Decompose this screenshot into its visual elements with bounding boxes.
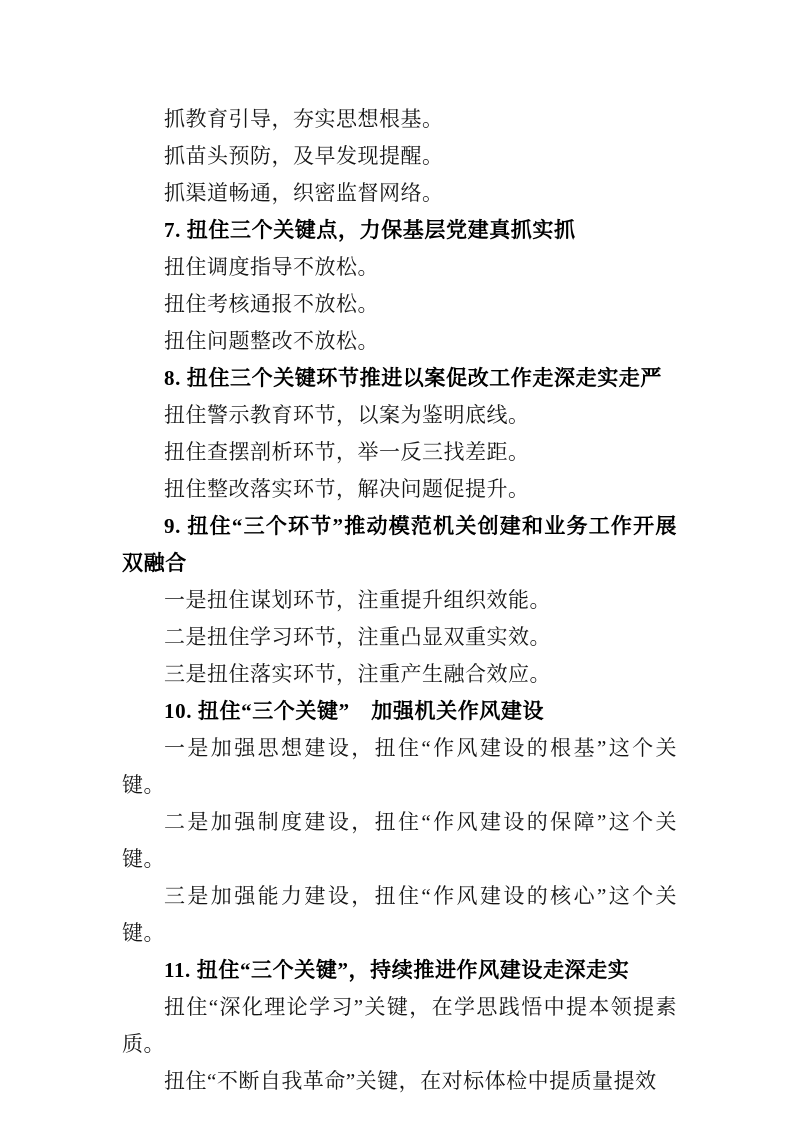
document-page: 抓教育引导，夯实思想根基。抓苗头预防，及早发现提醒。抓渠道畅通，织密监督网络。7… bbox=[0, 0, 793, 1122]
section-heading: 7. 扭住三个关键点，力保基层党建真抓实抓 bbox=[122, 212, 677, 249]
section-heading: 9. 扭住“三个环节”推动模范机关创建和业务工作开展双融合 bbox=[122, 508, 677, 582]
section-heading: 11. 扭住“三个关键”，持续推进作风建设走深走实 bbox=[122, 952, 677, 989]
body-paragraph: 三是加强能力建设，扭住“作风建设的核心”这个关键。 bbox=[122, 878, 677, 952]
section-heading: 10. 扭住“三个关键” 加强机关作风建设 bbox=[122, 693, 677, 730]
body-paragraph: 扭住考核通报不放松。 bbox=[122, 286, 677, 323]
body-paragraph: 一是加强思想建设，扭住“作风建设的根基”这个关键。 bbox=[122, 730, 677, 804]
body-paragraph: 扭住“不断自我革命”关键，在对标体检中提质量提效 bbox=[122, 1063, 677, 1100]
body-paragraph: 扭住“深化理论学习”关键，在学思践悟中提本领提素质。 bbox=[122, 989, 677, 1063]
body-paragraph: 抓渠道畅通，织密监督网络。 bbox=[122, 175, 677, 212]
body-paragraph: 二是加强制度建设，扭住“作风建设的保障”这个关键。 bbox=[122, 804, 677, 878]
body-paragraph: 三是扭住落实环节，注重产生融合效应。 bbox=[122, 656, 677, 693]
body-paragraph: 抓教育引导，夯实思想根基。 bbox=[122, 101, 677, 138]
body-paragraph: 扭住警示教育环节，以案为鉴明底线。 bbox=[122, 397, 677, 434]
body-paragraph: 扭住问题整改不放松。 bbox=[122, 323, 677, 360]
section-heading: 8. 扭住三个关键环节推进以案促改工作走深走实走严 bbox=[122, 360, 677, 397]
body-paragraph: 扭住查摆剖析环节，举一反三找差距。 bbox=[122, 434, 677, 471]
body-paragraph: 扭住整改落实环节，解决问题促提升。 bbox=[122, 471, 677, 508]
body-paragraph: 抓苗头预防，及早发现提醒。 bbox=[122, 138, 677, 175]
body-paragraph: 一是扭住谋划环节，注重提升组织效能。 bbox=[122, 582, 677, 619]
body-paragraph: 二是扭住学习环节，注重凸显双重实效。 bbox=[122, 619, 677, 656]
document-body: 抓教育引导，夯实思想根基。抓苗头预防，及早发现提醒。抓渠道畅通，织密监督网络。7… bbox=[122, 101, 677, 1100]
body-paragraph: 扭住调度指导不放松。 bbox=[122, 249, 677, 286]
